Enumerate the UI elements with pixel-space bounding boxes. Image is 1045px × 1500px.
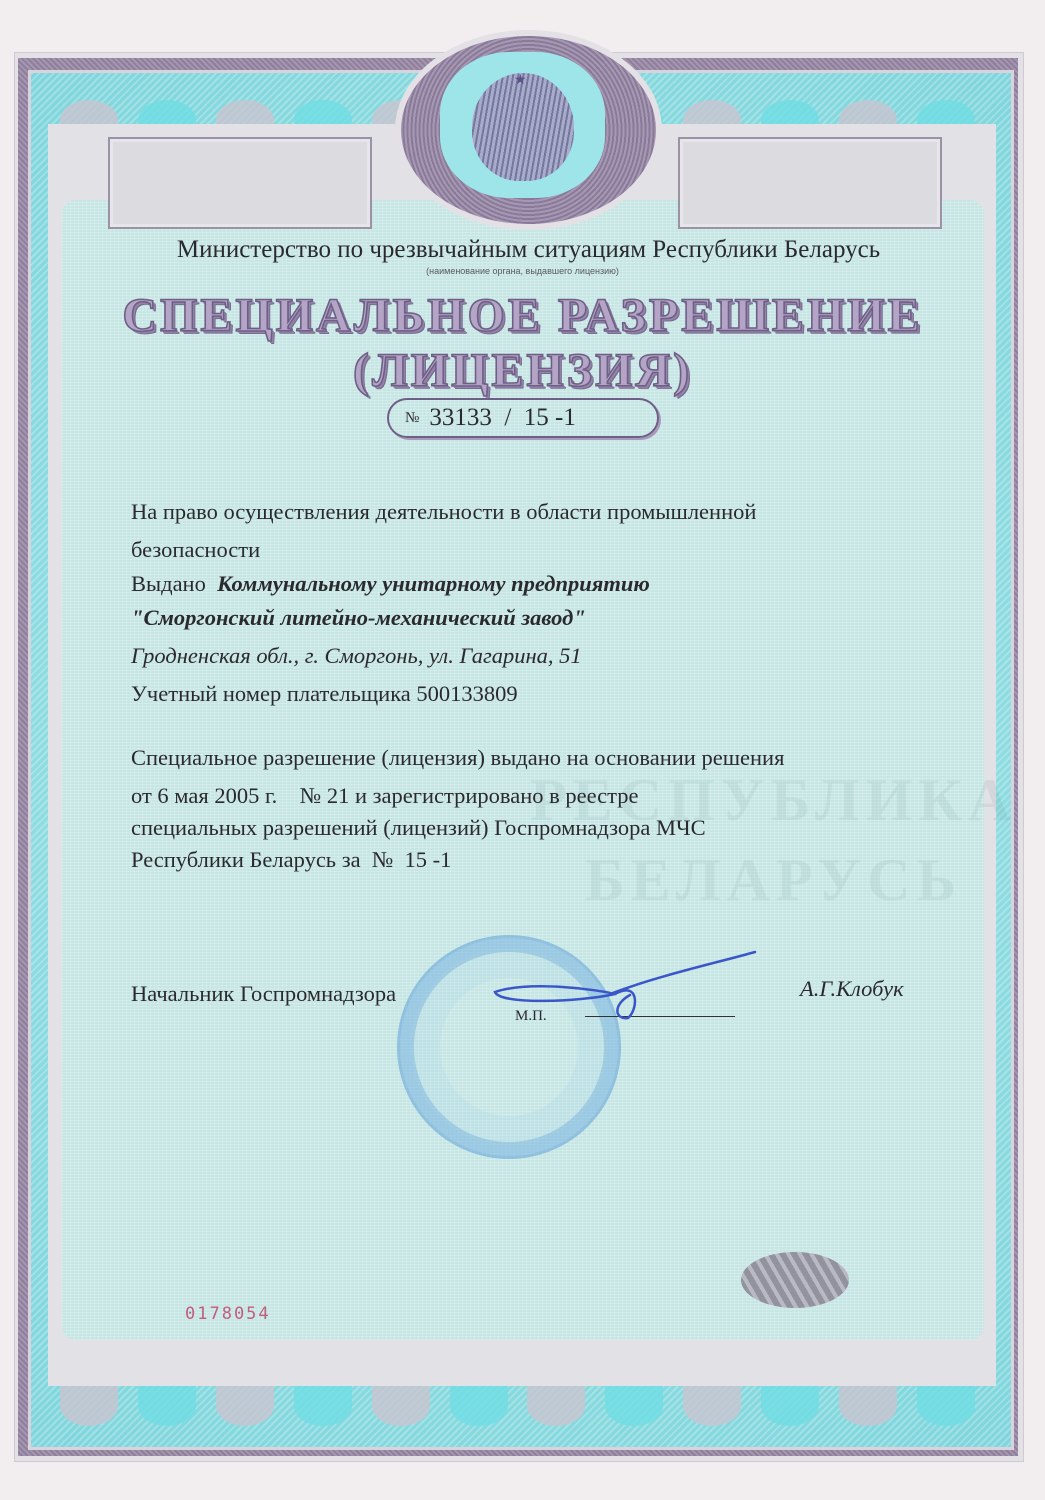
basis-line-4: Республики Беларусь за № 15 -1 bbox=[131, 846, 451, 874]
handwritten-signature bbox=[490, 950, 760, 1020]
license-number-box: № 33133 / 15 -1 bbox=[387, 398, 659, 438]
license-number: 33133 / 15 -1 bbox=[429, 404, 576, 432]
watermark-line-2: БЕЛАРУСЬ bbox=[530, 840, 1017, 920]
taxpayer-number: Учетный номер плательщика 500133809 bbox=[131, 680, 518, 708]
security-hologram-icon bbox=[741, 1252, 849, 1308]
issuing-authority: Министерство по чрезвычайным ситуациям Р… bbox=[0, 235, 1045, 265]
issued-to-line-2: "Сморгонский литейно-механический завод" bbox=[131, 604, 586, 632]
issued-to-label: Выдано bbox=[131, 571, 206, 596]
number-sign: № bbox=[405, 410, 419, 427]
bottom-scallop-ornament bbox=[60, 1386, 975, 1426]
purpose-line-1: На право осуществления деятельности в об… bbox=[131, 498, 756, 526]
issued-to-organization: Коммунальному унитарному предприятию bbox=[217, 571, 650, 596]
signatory-name: А.Г.Клобук bbox=[800, 975, 904, 1003]
belarus-coat-of-arms-icon bbox=[472, 73, 574, 181]
basis-line-3: специальных разрешений (лицензий) Госпро… bbox=[131, 814, 706, 842]
address: Гродненская обл., г. Сморгонь, ул. Гагар… bbox=[131, 642, 582, 670]
basis-line-1: Специальное разрешение (лицензия) выдано… bbox=[131, 744, 784, 772]
left-blank-field bbox=[108, 137, 372, 229]
issued-to-line-1: Выдано Коммунальному унитарному предприя… bbox=[131, 570, 650, 598]
purpose-line-2: безопасности bbox=[131, 536, 260, 564]
signatory-position: Начальник Госпромнадзора bbox=[131, 980, 396, 1008]
document-subtitle: (лицензия) bbox=[0, 345, 1045, 397]
authority-hint: (наименование органа, выдавшего лицензию… bbox=[0, 266, 1045, 276]
serial-number: 0178054 bbox=[185, 1304, 271, 1324]
star-icon: ★ bbox=[514, 72, 527, 89]
right-blank-field bbox=[678, 137, 942, 229]
basis-line-2: от 6 мая 2005 г. № 21 и зарегистрировано… bbox=[131, 782, 639, 810]
document-title: Специальное разрешение bbox=[0, 290, 1045, 342]
